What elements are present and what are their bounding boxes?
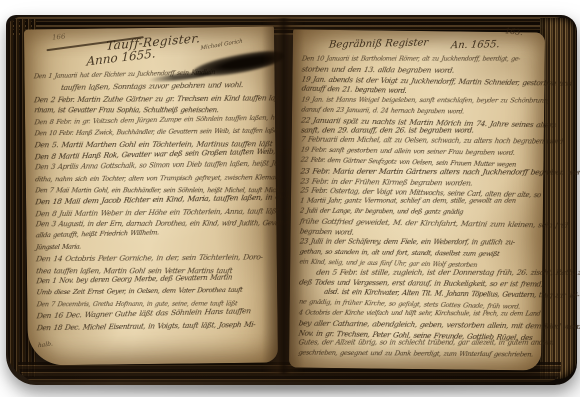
left-folio-number: 166 <box>52 33 66 42</box>
manuscript-line: Den 18 Dec. Michel Eisentraut, in Voigts… <box>36 320 275 335</box>
manuscript-photo: 166 Tauff-Register. Anno 1655. Michael G… <box>0 0 580 397</box>
left-bottom-margin-note: halb. <box>38 340 53 349</box>
right-page-text-block: Den 10 Januarii ist Bartholomei Römer, a… <box>298 56 541 363</box>
left-page-year: Anno 1655. <box>86 46 155 68</box>
manuscript-line: geschrieben, gesegnet und zu Dank beerdi… <box>297 350 538 362</box>
left-corner-note: Michael Gorich <box>200 38 242 51</box>
right-page-year: An. 1655. <box>450 39 500 51</box>
left-page-text-block: Den 1 Januarii hat der Richter zu Juckhe… <box>33 71 273 336</box>
left-page: 166 Tauff-Register. Anno 1655. Michael G… <box>24 26 278 365</box>
right-page-title: Begräbniß Register <box>328 37 428 50</box>
manuscript-line: Den 14 Octobris Peter Gorniche, in der, … <box>35 254 274 267</box>
right-page: 163. Begräbniß Register An. 1655. Den 10… <box>289 29 545 370</box>
right-folio-number: 163. <box>505 26 524 37</box>
